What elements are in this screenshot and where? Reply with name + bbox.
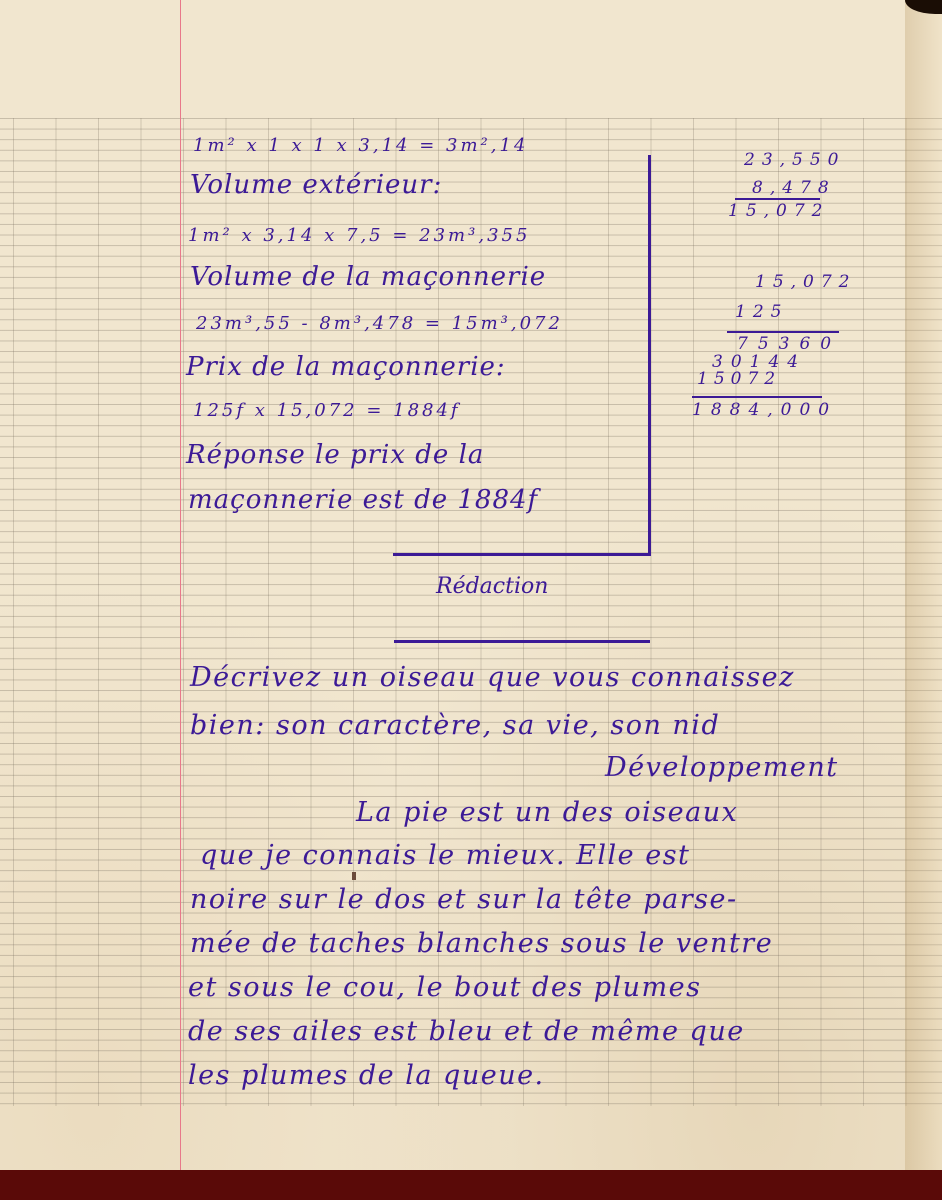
page-fold	[905, 0, 942, 1170]
box-bottom-line	[393, 553, 651, 556]
composition-subheading: Développement	[605, 752, 839, 783]
formula-area-base: 1m² x 1 x 1 x 3,14 = 3m²,14	[193, 135, 528, 156]
mul-rule-2	[692, 396, 822, 398]
heading-underline	[394, 640, 650, 643]
body-line: noire sur le dos et sur la tête parse-	[190, 884, 738, 915]
sub-subtrahend: 8,478	[752, 178, 836, 198]
body-line: et sous le cou, le bout des plumes	[188, 972, 701, 1003]
sub-minuend: 23,550	[744, 150, 845, 170]
prompt-line-1: Décrivez un oiseau que vous connaissez	[190, 662, 795, 693]
formula-volume-maconnerie: 23m³,55 - 8m³,478 = 15m³,072	[196, 313, 563, 334]
red-margin-line	[180, 0, 181, 1170]
notebook-page: 1m² x 1 x 1 x 3,14 = 3m²,14 Volume extér…	[0, 0, 942, 1170]
mul-rule-1	[727, 331, 839, 333]
ink-blot	[352, 872, 356, 880]
mul-multiplier: 125	[735, 302, 788, 322]
heading-volume-maconnerie: Volume de la maçonnerie	[190, 262, 546, 292]
mul-partial-1: 75360	[737, 334, 841, 354]
mul-result: 1884,000	[692, 400, 837, 420]
formula-prix: 125f x 15,072 = 1884f	[193, 400, 461, 421]
formula-volume-exterieur: 1m² x 3,14 x 7,5 = 23m³,355	[188, 225, 530, 246]
body-line: La pie est un des oiseaux	[356, 797, 738, 828]
sub-result: 15,072	[728, 201, 829, 221]
mul-multiplicand: 15,072	[755, 272, 856, 292]
composition-heading: Rédaction	[436, 574, 548, 599]
heading-volume-exterieur: Volume extérieur:	[190, 170, 442, 200]
answer-line-2: maçonnerie est de 1884f	[188, 485, 538, 515]
prompt-line-2: bien: son caractère, sa vie, son nid	[190, 710, 720, 741]
answer-line-1: Réponse le prix de la	[186, 440, 484, 470]
mul-partial-3: 15072	[697, 369, 781, 389]
body-line: mée de taches blanches sous le ventre	[190, 928, 773, 959]
body-line: que je connais le mieux. Elle est	[200, 840, 690, 871]
sub-rule	[735, 198, 820, 200]
box-vertical-line	[648, 155, 651, 555]
body-line: de ses ailes est bleu et de même que	[188, 1016, 745, 1047]
heading-prix-maconnerie: Prix de la maçonnerie:	[186, 352, 506, 382]
body-line: les plumes de la queue.	[188, 1060, 545, 1091]
